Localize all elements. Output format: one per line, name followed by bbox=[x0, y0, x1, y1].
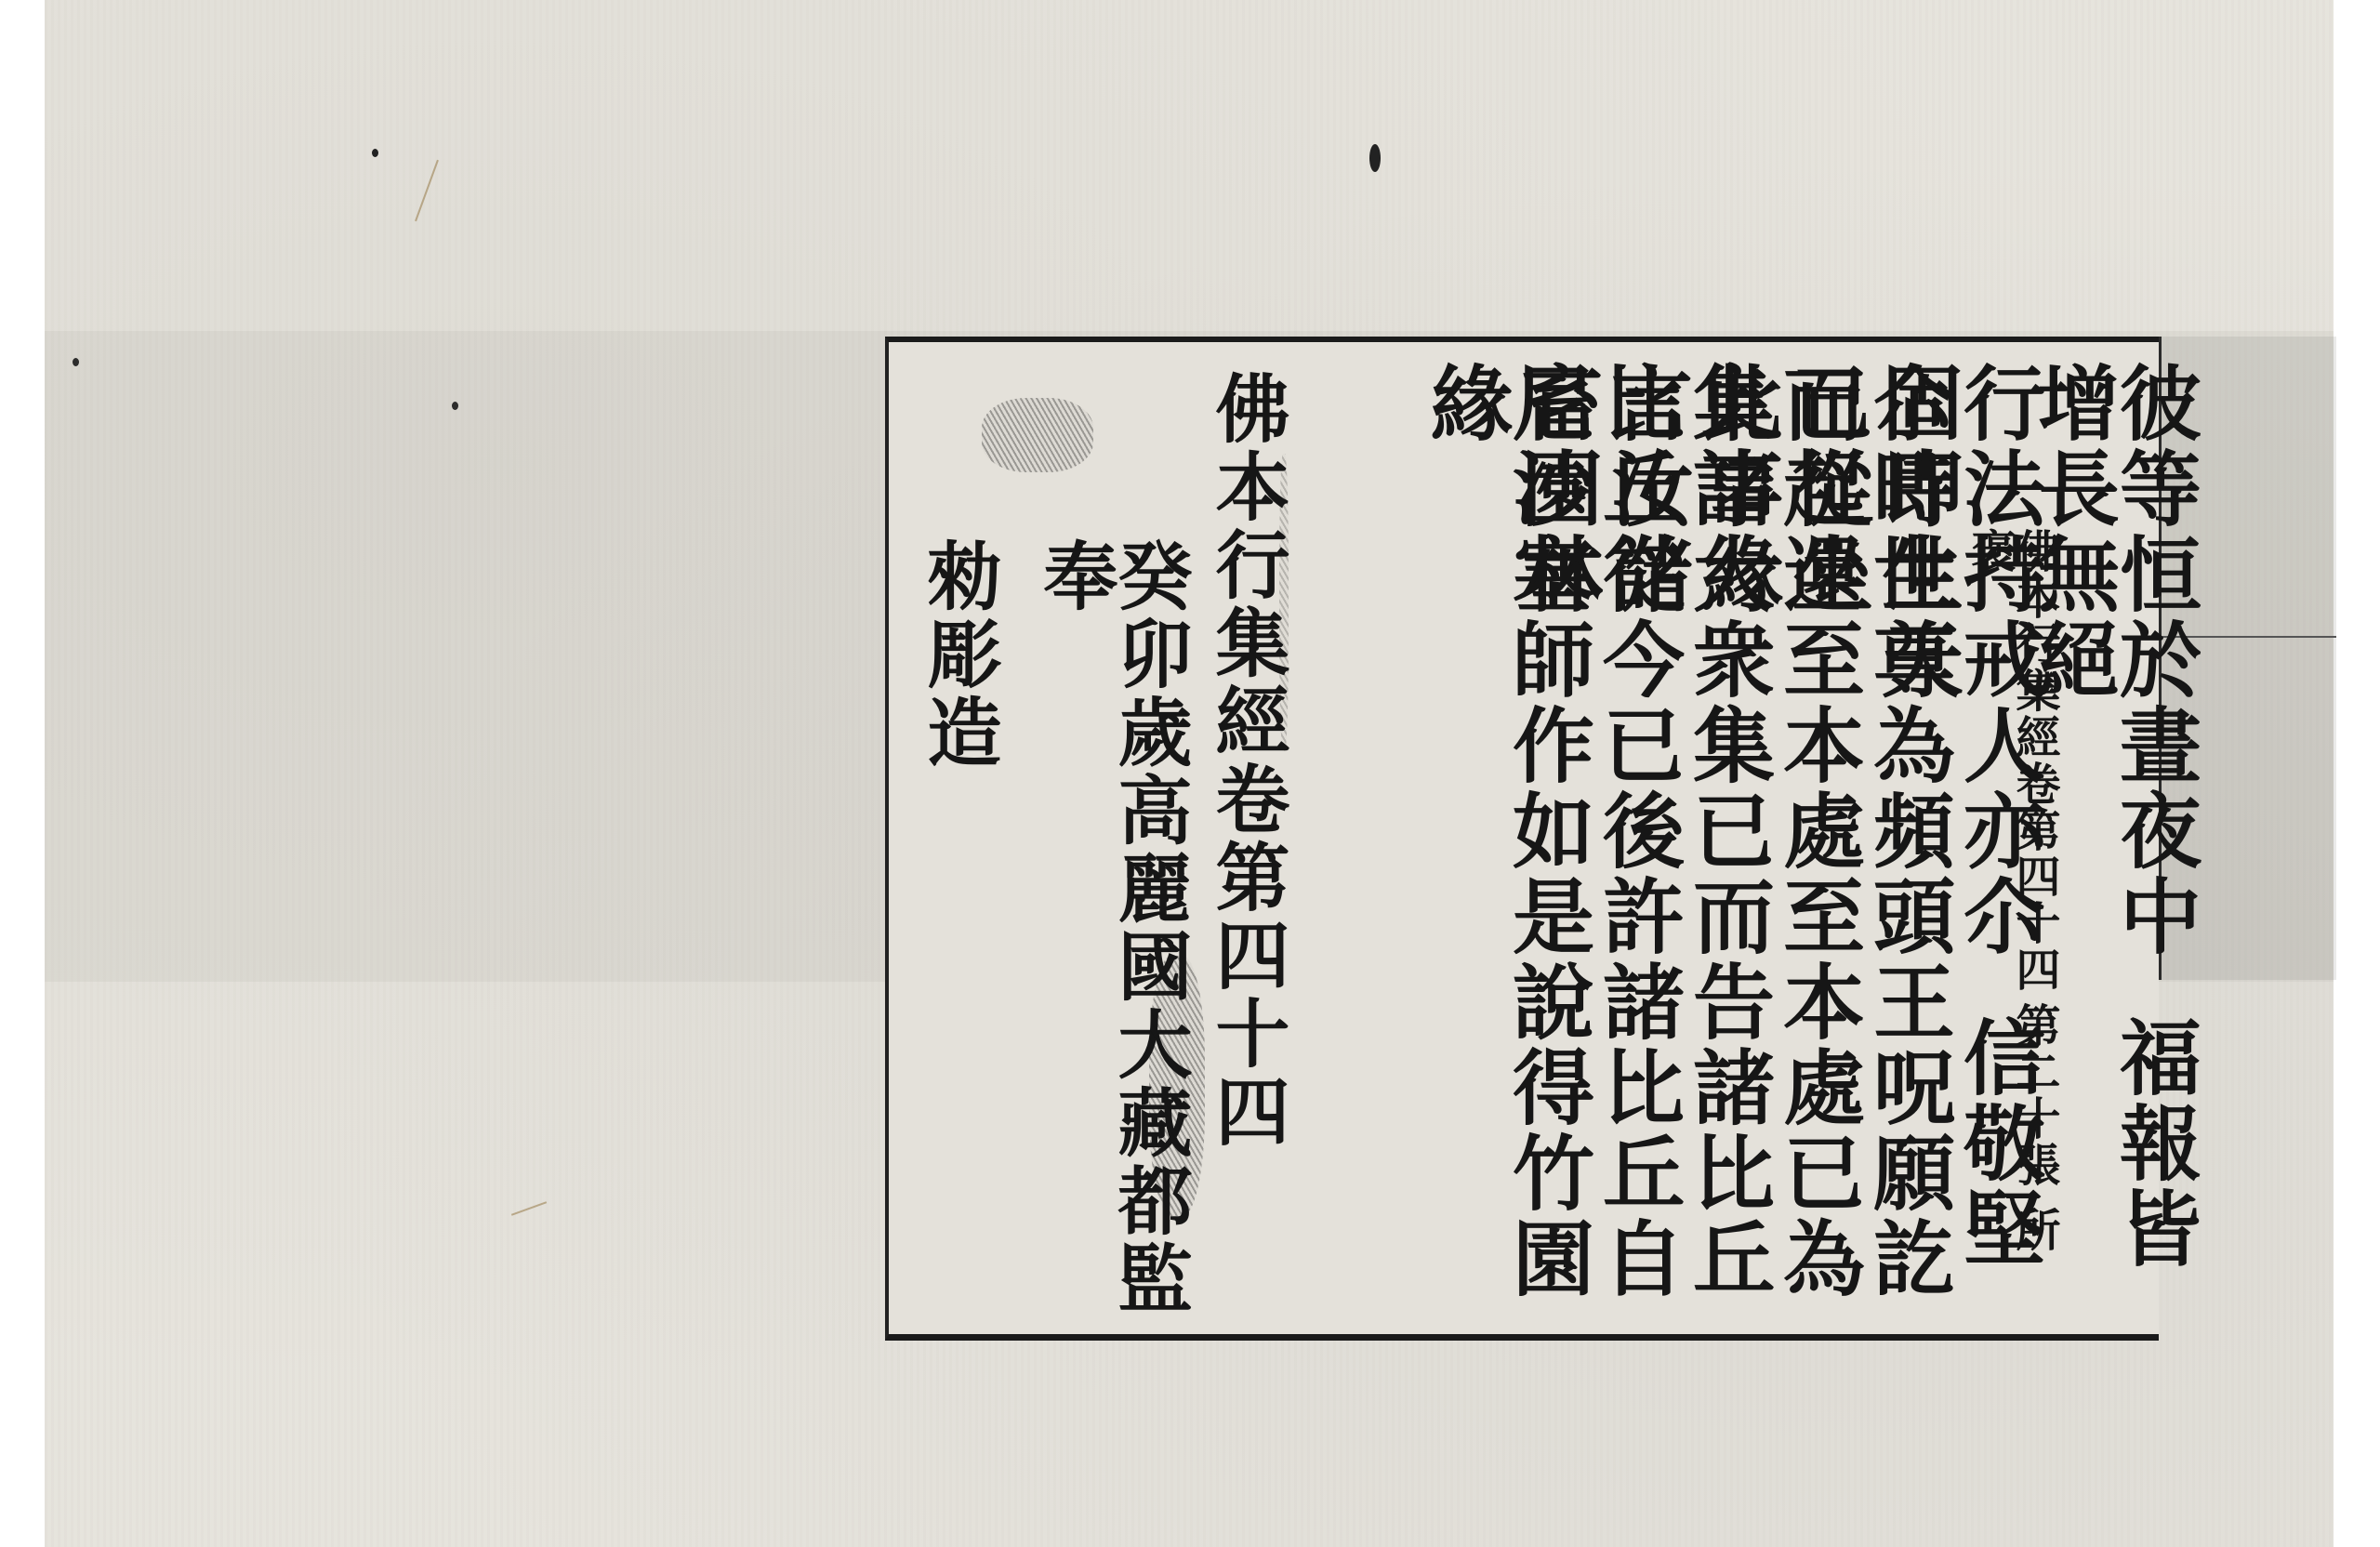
ink-speck bbox=[1369, 144, 1381, 172]
print-block: 彼等恒於晝夜中福報皆增長無絕 佛本行集經卷第四十四第二十張所褒 行法持戒人亦尒信… bbox=[885, 337, 2159, 1341]
ink-smudge bbox=[1279, 454, 1289, 751]
text-column-7: 尼沙塞師作如是說得竹園緣 bbox=[1425, 361, 1589, 1334]
end-title: 佛本行集經卷第四十四 bbox=[1210, 370, 1284, 1151]
colophon-line-2: 勑彫造 bbox=[921, 537, 996, 772]
paper-fiber bbox=[415, 160, 439, 221]
paper-fiber bbox=[511, 1201, 547, 1216]
ink-speck bbox=[372, 149, 378, 157]
ink-smudge bbox=[1149, 956, 1205, 1216]
colophon-line-1: 癸卯歲高麗國大藏都監奉 bbox=[1038, 537, 1186, 1334]
ink-smudge bbox=[982, 398, 1093, 472]
